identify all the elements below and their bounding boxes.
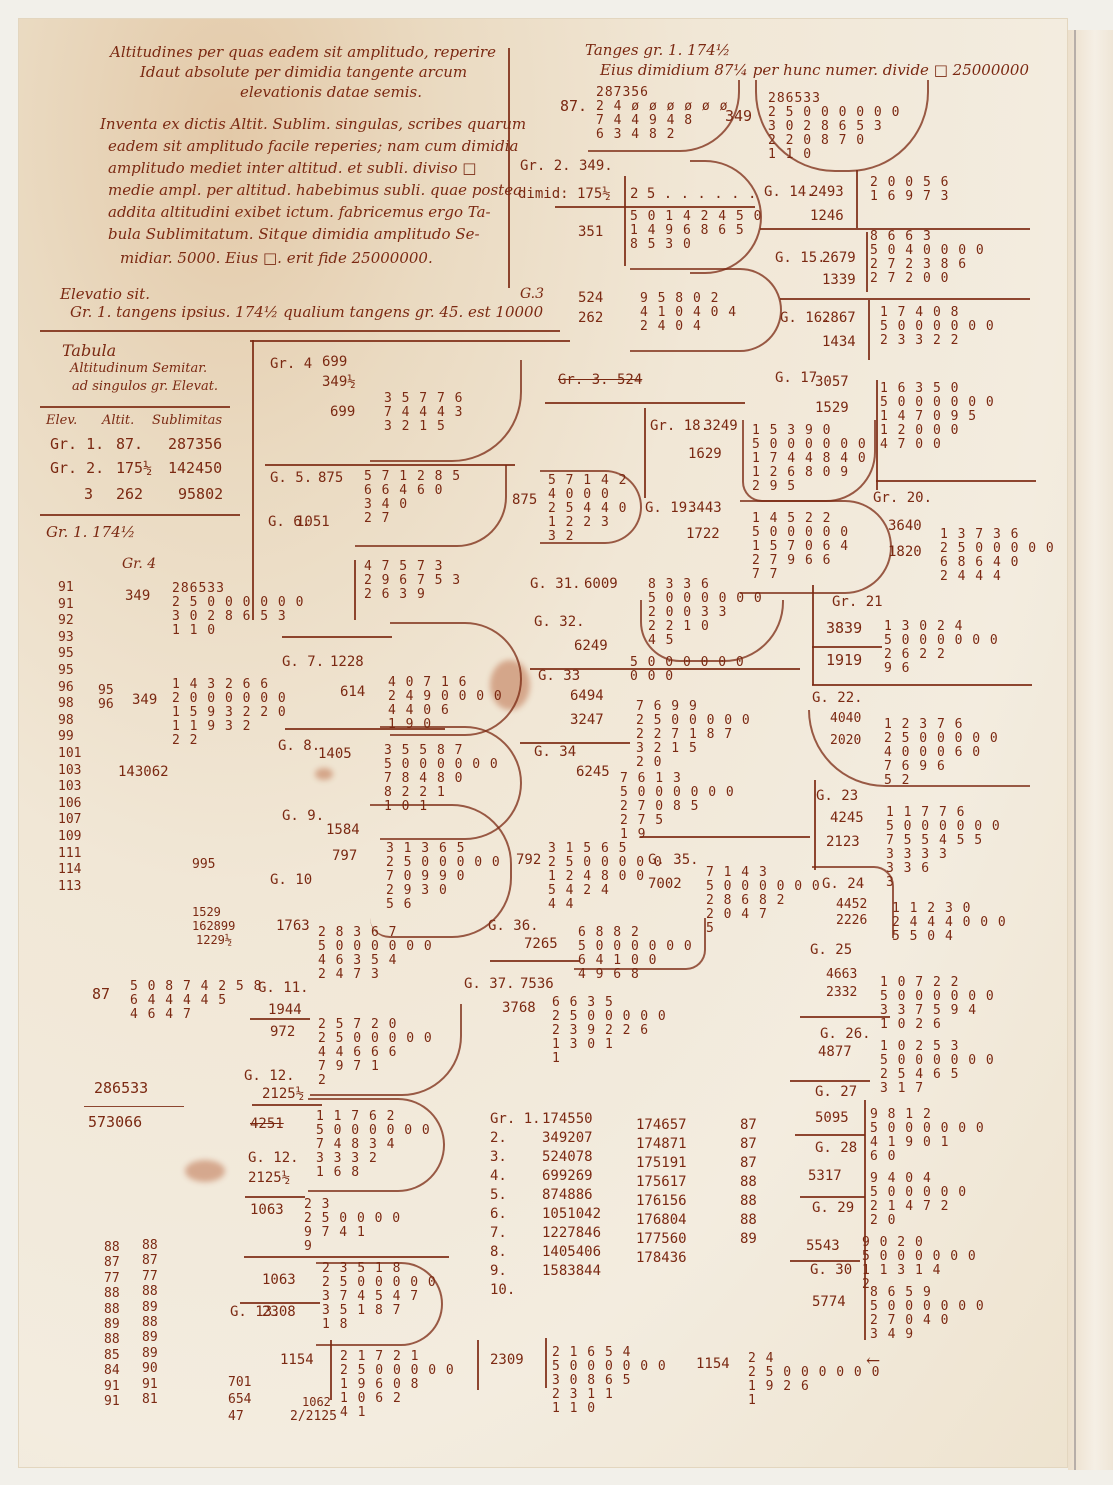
- g33-block: 7 6 9 92 5 0 0 0 0 02 2 7 1 8 73 2 1 52 …: [636, 700, 751, 770]
- g22-label: G. 22.: [812, 690, 863, 706]
- g12a-rule: [252, 1104, 322, 1106]
- g16-vrule: [868, 300, 870, 360]
- g34-label: G. 34: [534, 744, 576, 760]
- g28-block: 9 4 0 45 0 0 0 0 02 1 4 7 22 0: [870, 1172, 967, 1228]
- g37-block: 6 6 3 52 5 0 0 0 0 02 3 9 2 2 61 3 0 11: [552, 996, 667, 1066]
- g34-rule: [520, 742, 630, 744]
- summary-b-column: 1746571748711751911756171761561768041775…: [636, 1116, 687, 1268]
- page-gutter-line: [1074, 30, 1076, 1470]
- table-subtitle-1: Altitudinum Semitar.: [70, 362, 207, 377]
- g26-value: 4877: [818, 1044, 852, 1060]
- g25-block: 1 0 7 2 25 0 0 0 0 0 03 3 7 5 9 41 0 2 6: [880, 976, 995, 1032]
- struck-gr3: Gr. 3. 524: [558, 372, 642, 388]
- g23-top: 4245: [830, 810, 864, 826]
- g25-bottom: 2332: [826, 986, 857, 1001]
- g27-block: 9 8 1 25 0 0 0 0 0 04 1 9 0 16 0: [870, 1108, 985, 1164]
- g12b-bottom: 1063: [250, 1202, 284, 1218]
- margin-143062: 143062: [118, 764, 169, 780]
- gr2-dimid: dimid: 175½: [518, 186, 611, 202]
- g6-value: 1051: [296, 514, 330, 530]
- intro-line-4: Inventa ex dictis Altit. Sublim. singula…: [100, 116, 526, 133]
- g29-value: 5543: [806, 1238, 840, 1254]
- g17-top: 3057: [815, 374, 849, 390]
- g15-label: G. 15.: [775, 250, 826, 266]
- calc-1063-label: 1063: [262, 1272, 296, 1288]
- g16-block: 1 7 4 0 85 0 0 0 0 0 02 3 3 2 2: [880, 306, 995, 348]
- elevation-tag: G.3: [520, 286, 544, 302]
- intro-line-5: eadem sit amplitudo facile reperies; nam…: [108, 138, 518, 155]
- calc-87-label: 87.: [560, 98, 587, 115]
- g17-rule: [876, 480, 1036, 482]
- g12b-block: 2 32 5 0 0 0 09 7 4 19: [304, 1198, 401, 1254]
- margin-87-block: 5 0 8 7 4 2 5 86 4 4 4 4 54 6 4 7: [130, 980, 262, 1022]
- g17-label: G. 17: [775, 370, 817, 386]
- gr21-rule: [812, 646, 882, 648]
- g29-rule: [800, 1196, 865, 1198]
- gr2-label: Gr. 2. 349.: [520, 158, 613, 174]
- g37-top: 7536: [520, 976, 554, 992]
- g7-top: 1228: [330, 654, 364, 670]
- table-row-1-altit: 87.: [116, 436, 143, 453]
- g28-rule: [795, 1134, 865, 1136]
- gr20-label: Gr. 20.: [873, 490, 932, 506]
- g36-enclosure: [574, 918, 706, 970]
- g10-value: 1763: [276, 918, 310, 934]
- gr18-bottom: 1629: [688, 446, 722, 462]
- elevation-rule: [40, 330, 560, 332]
- table-row-3-altit: 262: [116, 486, 143, 503]
- intro-right-rule: [508, 48, 510, 288]
- g7-label: G. 7.: [282, 654, 324, 670]
- g5-enclosure: [355, 465, 507, 547]
- g14-label: G. 14.: [764, 184, 815, 200]
- intro-line-1: Altitudines per quas eadem sit amplitudo…: [110, 44, 496, 61]
- g35-label: G. 35.: [648, 852, 699, 868]
- g36-label: G. 36.: [488, 918, 539, 934]
- g11-enclosure: [310, 1004, 462, 1096]
- margin-995: 995: [192, 858, 215, 873]
- table-header-sublim: Sublimitas: [152, 414, 222, 429]
- struck-rule: [545, 402, 745, 404]
- gr21-vrule: [812, 585, 814, 685]
- g6-vrule: [354, 560, 356, 620]
- g17-vrule: [876, 380, 878, 490]
- g14-bottom: 1246: [810, 208, 844, 224]
- bottom-subtraction: 70165447: [228, 1374, 251, 1425]
- g11-bottom: 972: [270, 1024, 295, 1040]
- table-row-2-altit: 175½: [116, 460, 152, 477]
- summary-gr-column: Gr. 1.2.3.4.5.6.7.8.9.10.: [490, 1110, 541, 1300]
- g5-label: G. 5.: [270, 470, 312, 486]
- calc-2309-vrule-b: [545, 1338, 547, 1388]
- g31-value: 6009: [584, 576, 618, 592]
- table-row-1-gr: Gr. 1.: [50, 436, 104, 453]
- table-header-altit: Altit.: [102, 414, 134, 429]
- gr20-top: 3640: [888, 518, 922, 534]
- g9-top: 1584: [326, 822, 360, 838]
- g19-enclosure: [740, 500, 892, 594]
- summary-c-column: 87878788888889: [740, 1116, 757, 1249]
- tangent-header-1: Tanges gr. 1. 174½: [585, 42, 730, 59]
- g17-bottom: 1529: [815, 400, 849, 416]
- margin-349-label: 349: [132, 692, 157, 708]
- table-row-1-sublim: 287356: [168, 436, 222, 453]
- g19-top: 3443: [688, 500, 722, 516]
- table-footer-rule: [40, 514, 240, 516]
- calc-1154b-block: 2 42 5 0 0 0 0 0 01 9 2 61: [748, 1352, 880, 1408]
- gr4-bottom: 699: [330, 404, 355, 420]
- g12b-top: 2125½: [248, 1170, 290, 1186]
- calc-875-enclosure: [540, 470, 642, 544]
- g37-bottom: 3768: [502, 1000, 536, 1016]
- g26-block: 1 0 2 5 35 0 0 0 0 0 02 5 4 6 53 1 7: [880, 1040, 995, 1096]
- g12b-bottom-rule: [244, 1256, 449, 1258]
- g28-value: 5317: [808, 1168, 842, 1184]
- gr18-top: 3249: [704, 418, 738, 434]
- calc-2309-label: 2309: [490, 1352, 524, 1368]
- intro-line-7: medie ampl. per altitud. habebimus subli…: [108, 182, 522, 199]
- gr21-bottom: 1919: [826, 652, 862, 669]
- g36-value: 7265: [524, 936, 558, 952]
- gr4-mid: 349½: [322, 374, 356, 390]
- sum-rule: [84, 1106, 184, 1107]
- g23-block: 1 1 7 7 65 0 0 0 0 0 07 5 5 4 5 53 3 3 3…: [886, 806, 1001, 890]
- g14-top: 2493: [810, 184, 844, 200]
- margin-pair-column-a: 8887778888898885849191: [104, 1240, 120, 1409]
- sum-bottom: 573066: [88, 1114, 142, 1131]
- g30-value: 5774: [812, 1294, 846, 1310]
- calc-1154b-label: 1154: [696, 1356, 730, 1372]
- ink-stain: [315, 768, 333, 780]
- g17-block: 1 6 3 5 05 0 0 0 0 0 01 4 7 0 9 51 2 0 0…: [880, 382, 995, 452]
- margin-pair-column-b: 8887778889888989909181: [142, 1238, 158, 1407]
- g3-bottom: 262: [578, 310, 603, 326]
- g35-value: 7002: [648, 876, 682, 892]
- calc-1063-enclosure: [316, 1262, 443, 1346]
- g28-label: G. 28: [815, 1140, 857, 1156]
- g32-value: 6249: [574, 638, 608, 654]
- margin-95-96: 9596: [98, 684, 114, 712]
- table-right-rule: [252, 340, 254, 620]
- gr2-divisor: 351: [578, 224, 603, 240]
- g23-label: G. 23: [816, 788, 858, 804]
- g35-block: 7 1 4 35 0 0 0 0 0 02 8 6 8 22 0 4 75: [706, 866, 821, 936]
- g29-label: G. 29: [812, 1200, 854, 1216]
- top-grid-rule: [250, 340, 570, 342]
- elevation-heading: Elevatio sit.: [60, 286, 150, 303]
- g8-rule: [285, 728, 445, 730]
- g34-block: 7 6 1 35 0 0 0 0 0 02 7 0 8 52 7 51 9: [620, 772, 735, 842]
- g25-top: 4663: [826, 968, 857, 983]
- calc-1154a-block: 2 1 7 2 12 5 0 0 0 0 01 9 6 0 81 0 6 24 …: [340, 1350, 455, 1420]
- gr4-top: 699: [322, 354, 347, 370]
- g34-value: 6245: [576, 764, 610, 780]
- g33-label: G. 33: [538, 668, 580, 684]
- g6-block: 4 7 5 7 32 9 6 7 5 32 6 3 9: [364, 560, 461, 602]
- g5-value: 875: [318, 470, 343, 486]
- g15-bottom: 1339: [822, 272, 856, 288]
- sum-top: 286533: [94, 1080, 148, 1097]
- g8-value: 1405: [318, 746, 352, 762]
- g12a-label: G. 12.: [244, 1068, 295, 1084]
- bottom-div-top: 1062: [302, 1396, 331, 1410]
- g36-rule: [490, 960, 580, 962]
- g32-label: G. 32.: [534, 614, 585, 630]
- g7-enclosure: [390, 622, 522, 736]
- g13-rule: [240, 1302, 320, 1304]
- calc-2309-block: 2 1 6 5 45 0 0 0 0 0 03 0 8 6 52 3 1 11 …: [552, 1346, 667, 1416]
- intro-line-9: bula Sublimitatum. Sitque dimidia amplit…: [108, 226, 480, 243]
- g33-top: 6494: [570, 688, 604, 704]
- g14-block: 2 0 0 5 61 6 9 7 3: [870, 176, 949, 204]
- gr20-bottom: 1820: [888, 544, 922, 560]
- g27-label: G. 27: [815, 1084, 857, 1100]
- intro-line-2: Idaut absolute per dimidia tangente arcu…: [140, 64, 467, 81]
- g3-enclosure: [630, 268, 782, 352]
- g9-bottom: 797: [332, 848, 357, 864]
- table-footer: Gr. 1. 174½: [46, 524, 135, 541]
- calc-1154a-label: 1154: [280, 1352, 314, 1368]
- g12a-enclosure: [308, 1098, 445, 1192]
- intro-line-10: midiar. 5000. Eius □. erit fide 25000000…: [120, 250, 433, 267]
- table-title: Tabula: [62, 342, 116, 360]
- g15-top: 2679: [822, 250, 856, 266]
- g16-bottom: 1434: [822, 334, 856, 350]
- margin-349-block: 1 4 3 2 6 62 0 0 0 0 0 01 5 9 3 2 2 01 1…: [172, 678, 287, 748]
- elevation-text: Gr. 1. tangens ipsius. 174½ qualium tang…: [70, 304, 543, 321]
- g35-rule: [640, 836, 810, 838]
- g7-bottom: 614: [340, 684, 365, 700]
- g15-block: 8 6 6 35 0 4 0 0 0 02 7 2 3 8 62 7 2 0 0: [870, 230, 985, 286]
- g29-block: 9 0 2 05 0 0 0 0 0 01 1 3 1 42: [862, 1236, 977, 1292]
- g11-top: 1944: [268, 1002, 302, 1018]
- intro-line-8: addita altitudini exibet ictum. fabricem…: [108, 204, 491, 221]
- g3-top: 524: [578, 290, 603, 306]
- g25-label: G. 25: [810, 942, 852, 958]
- g13-value: 2308: [262, 1304, 296, 1320]
- g32-block: 5 0 0 0 0 0 00 0 0: [630, 656, 745, 684]
- gr21-block: 1 3 0 2 45 0 0 0 0 0 02 6 2 29 6: [884, 620, 999, 676]
- margin-162899: 162899: [192, 920, 235, 934]
- g16-rule: [780, 298, 1030, 300]
- g30-rule: [790, 1260, 860, 1262]
- g27-30-vrule: [864, 1100, 866, 1340]
- ink-stain: [185, 1160, 225, 1182]
- g33-bottom: 3247: [570, 712, 604, 728]
- margin-number-column: 9191929395959698989910110310310610710911…: [58, 580, 81, 895]
- calc-2309-vrule-a: [477, 1340, 479, 1390]
- gr18-enclosure: [742, 420, 876, 502]
- gr21-top: 3839: [826, 620, 862, 637]
- g31-label: G. 31.: [530, 576, 581, 592]
- g26-rule: [800, 1016, 890, 1018]
- gr2-vrule: [624, 176, 626, 266]
- g11-label: G. 11.: [258, 980, 309, 996]
- table-subtitle-2: ad singulos gr. Elevat.: [72, 380, 218, 395]
- gr18-vrule: [644, 408, 646, 498]
- g16-top: 2867: [822, 310, 856, 326]
- gr20-block: 1 3 7 3 62 5 0 0 0 0 06 8 6 4 02 4 4 4: [940, 528, 1055, 584]
- g30-label: G. 30: [810, 1262, 852, 1278]
- g24-block: 1 1 2 3 02 4 4 4 0 0 05 5 0 4: [892, 902, 1007, 944]
- table-header-rule: [40, 406, 230, 408]
- table-row-3-sublim: 95802: [178, 486, 223, 503]
- gr21-label: Gr. 21: [832, 594, 883, 610]
- g26-label: G. 26.: [820, 1026, 871, 1042]
- g23-bottom: 2123: [826, 834, 860, 850]
- margin-1229: 1229½: [196, 934, 232, 948]
- table-header-elev: Elev.: [46, 414, 77, 429]
- g27-rule: [790, 1080, 870, 1082]
- intro-line-3: elevationis datae semis.: [240, 84, 422, 101]
- g23-vrule: [814, 780, 816, 870]
- calc-792-label: 792: [516, 852, 541, 868]
- g19-bottom: 1722: [686, 526, 720, 542]
- tangent-header-2: Eius dimidium 87¼ per hunc numer. divide…: [600, 62, 1029, 79]
- calc-792-block: 3 1 5 6 52 5 0 0 0 0 01 2 4 8 0 05 4 2 4…: [548, 842, 663, 912]
- g24-enclosure: [812, 866, 894, 938]
- g10-block: 2 8 3 6 75 0 0 0 0 0 04 6 3 5 42 4 7 3: [318, 926, 433, 982]
- g12a-struck: 4251: [250, 1116, 284, 1132]
- g15-vrule: [866, 232, 868, 292]
- margin-87-label: 87: [92, 986, 110, 1003]
- gr4-349-block: 2865332 5 0 0 0 0 0 03 0 2 8 6 5 31 1 0: [172, 582, 304, 638]
- gr18-label: Gr. 18.: [650, 418, 709, 434]
- g27-value: 5095: [815, 1110, 849, 1126]
- table-row-2-sublim: 142450: [168, 460, 222, 477]
- g12b-label: G. 12.: [248, 1150, 299, 1166]
- gr4-label: Gr. 4: [122, 556, 156, 572]
- summary-a-column: 1745503492075240786992698748861051042122…: [542, 1110, 601, 1281]
- g12a-value: 2125½: [262, 1086, 304, 1102]
- gr4-349-label: 349: [125, 588, 150, 604]
- margin-1529: 1529: [192, 906, 221, 920]
- gr21-bottom-rule: [812, 684, 1032, 686]
- calc-875-label: 875: [512, 492, 537, 508]
- bottom-div: 2/2125: [290, 1410, 337, 1425]
- arrow-mark-icon: ←: [866, 1352, 880, 1372]
- g10-label: G. 10: [270, 872, 312, 888]
- g12b-rule: [245, 1196, 305, 1198]
- table-row-3-gr: 3: [84, 486, 93, 503]
- g9-label: G. 9.: [282, 808, 324, 824]
- intro-line-6: amplitudo mediet inter altitud. et subli…: [108, 160, 476, 177]
- calc-1154a-vrule: [330, 1340, 332, 1400]
- g30-block: 8 6 5 95 0 0 0 0 0 02 7 0 4 03 4 9: [870, 1286, 985, 1342]
- gr4-calc-label: Gr. 4: [270, 356, 312, 372]
- g37-label: G. 37.: [464, 976, 515, 992]
- g14-vrule: [856, 170, 858, 228]
- table-row-2-gr: Gr. 2.: [50, 460, 104, 477]
